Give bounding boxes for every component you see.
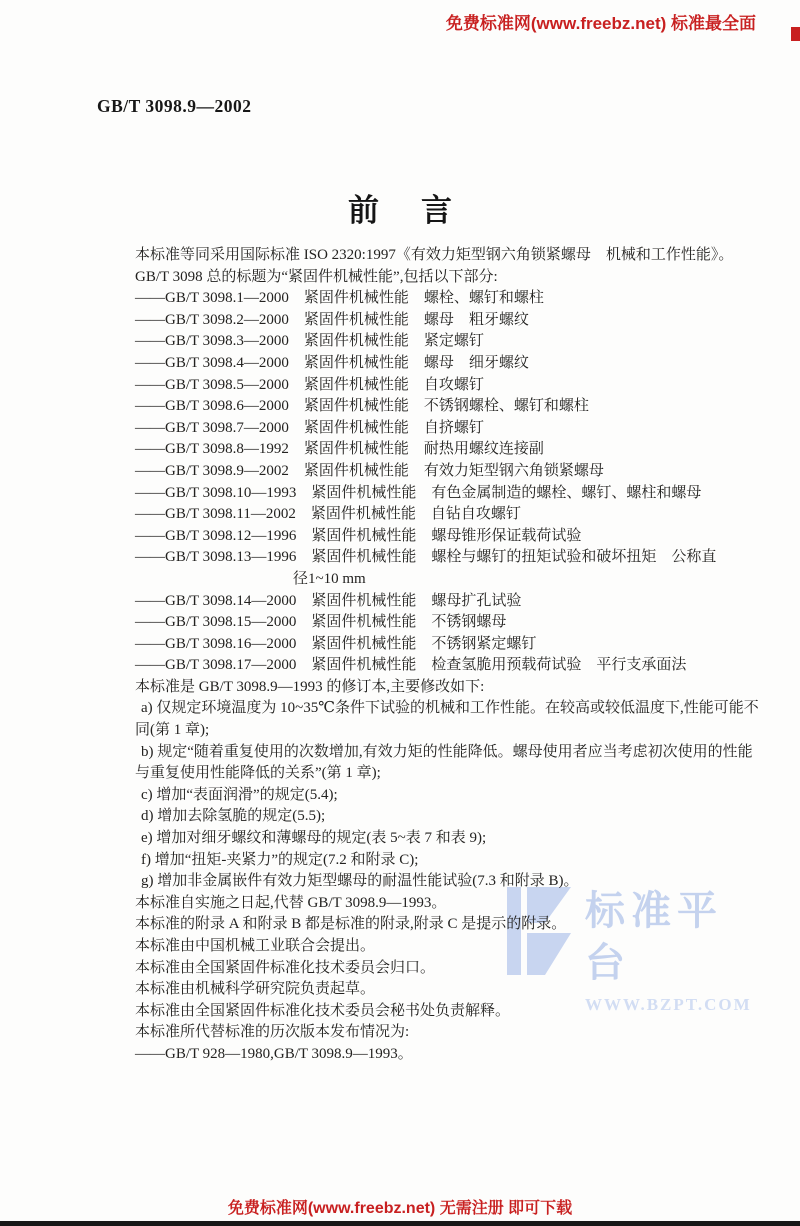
text-line: ——GB/T 3098.4—2000 紧固件机械性能 螺母 细牙螺纹	[135, 353, 775, 375]
text-line: 本标准由机械科学研究院负责起草。	[135, 979, 775, 1001]
text-line: ——GB/T 3098.11—2002 紧固件机械性能 自钻自攻螺钉	[135, 504, 775, 526]
text-line: c) 增加“表面润滑”的规定(5.4);	[135, 785, 775, 807]
text-line: ——GB/T 3098.17—2000 紧固件机械性能 检查氢脆用预载荷试验 平…	[135, 655, 775, 677]
top-site-banner: 免费标准网(www.freebz.net) 标准最全面	[446, 9, 756, 34]
title-char-first: 前	[348, 193, 379, 228]
text-line: ——GB/T 3098.12—1996 紧固件机械性能 螺母锥形保证载荷试验	[135, 526, 775, 548]
standard-number: GB/T 3098.9—2002	[97, 96, 252, 117]
text-line: ——GB/T 3098.15—2000 紧固件机械性能 不锈钢螺母	[135, 612, 775, 634]
text-line: ——GB/T 3098.13—1996 紧固件机械性能 螺栓与螺钉的扭矩试验和破…	[135, 547, 775, 569]
text-line: 径1~10 mm	[135, 569, 775, 591]
text-line: 本标准自实施之日起,代替 GB/T 3098.9—1993。	[135, 893, 775, 915]
text-line: ——GB/T 3098.6—2000 紧固件机械性能 不锈钢螺栓、螺钉和螺柱	[135, 396, 775, 418]
text-line: ——GB/T 928—1980,GB/T 3098.9—1993。	[135, 1044, 775, 1066]
text-line: e) 增加对细牙螺纹和薄螺母的规定(表 5~表 7 和表 9);	[135, 828, 775, 850]
text-line: GB/T 3098 总的标题为“紧固件机械性能”,包括以下部分:	[135, 267, 775, 289]
bottom-site-banner: 免费标准网(www.freebz.net) 无需注册 即可下载	[0, 1195, 800, 1218]
text-line: ——GB/T 3098.10—1993 紧固件机械性能 有色金属制造的螺栓、螺钉…	[135, 483, 775, 505]
text-line: 与重复使用性能降低的关系”(第 1 章);	[135, 763, 775, 785]
title-char-second: 言	[421, 193, 452, 228]
text-line: 本标准是 GB/T 3098.9—1993 的修订本,主要修改如下:	[135, 677, 775, 699]
text-line: 本标准等同采用国际标准 ISO 2320:1997《有效力矩型钢六角锁紧螺母 机…	[135, 245, 775, 267]
text-line: ——GB/T 3098.9—2002 紧固件机械性能 有效力矩型钢六角锁紧螺母	[135, 461, 775, 483]
page-title: 前言	[0, 185, 800, 230]
text-line: 本标准由全国紧固件标准化技术委员会归口。	[135, 958, 775, 980]
scan-bottom-edge	[0, 1221, 800, 1226]
text-line: 本标准由全国紧固件标准化技术委员会秘书处负责解释。	[135, 1001, 775, 1023]
text-line: a) 仅规定环境温度为 10~35℃条件下试验的机械和工作性能。在较高或较低温度…	[135, 698, 775, 720]
text-line: ——GB/T 3098.5—2000 紧固件机械性能 自攻螺钉	[135, 375, 775, 397]
document-body: 本标准等同采用国际标准 ISO 2320:1997《有效力矩型钢六角锁紧螺母 机…	[135, 245, 775, 1066]
text-line: ——GB/T 3098.2—2000 紧固件机械性能 螺母 粗牙螺纹	[135, 310, 775, 332]
text-line: g) 增加非金属嵌件有效力矩型螺母的耐温性能试验(7.3 和附录 B)。	[135, 871, 775, 893]
text-line: b) 规定“随着重复使用的次数增加,有效力矩的性能降低。螺母使用者应当考虑初次使…	[135, 742, 775, 764]
text-line: ——GB/T 3098.1—2000 紧固件机械性能 螺栓、螺钉和螺柱	[135, 288, 775, 310]
text-line: 本标准的附录 A 和附录 B 都是标准的附录,附录 C 是提示的附录。	[135, 914, 775, 936]
text-line: 本标准所代替标准的历次版本发布情况为:	[135, 1022, 775, 1044]
text-line: ——GB/T 3098.3—2000 紧固件机械性能 紧定螺钉	[135, 331, 775, 353]
text-line: d) 增加去除氢脆的规定(5.5);	[135, 806, 775, 828]
scan-red-corner-mark	[791, 27, 800, 41]
text-line: ——GB/T 3098.7—2000 紧固件机械性能 自挤螺钉	[135, 418, 775, 440]
text-line: ——GB/T 3098.16—2000 紧固件机械性能 不锈钢紧定螺钉	[135, 634, 775, 656]
text-line: f) 增加“扭矩-夹紧力”的规定(7.2 和附录 C);	[135, 850, 775, 872]
text-line: 本标准由中国机械工业联合会提出。	[135, 936, 775, 958]
text-line: 同(第 1 章);	[135, 720, 775, 742]
text-line: ——GB/T 3098.14—2000 紧固件机械性能 螺母扩孔试验	[135, 591, 775, 613]
text-line: ——GB/T 3098.8—1992 紧固件机械性能 耐热用螺纹连接副	[135, 439, 775, 461]
